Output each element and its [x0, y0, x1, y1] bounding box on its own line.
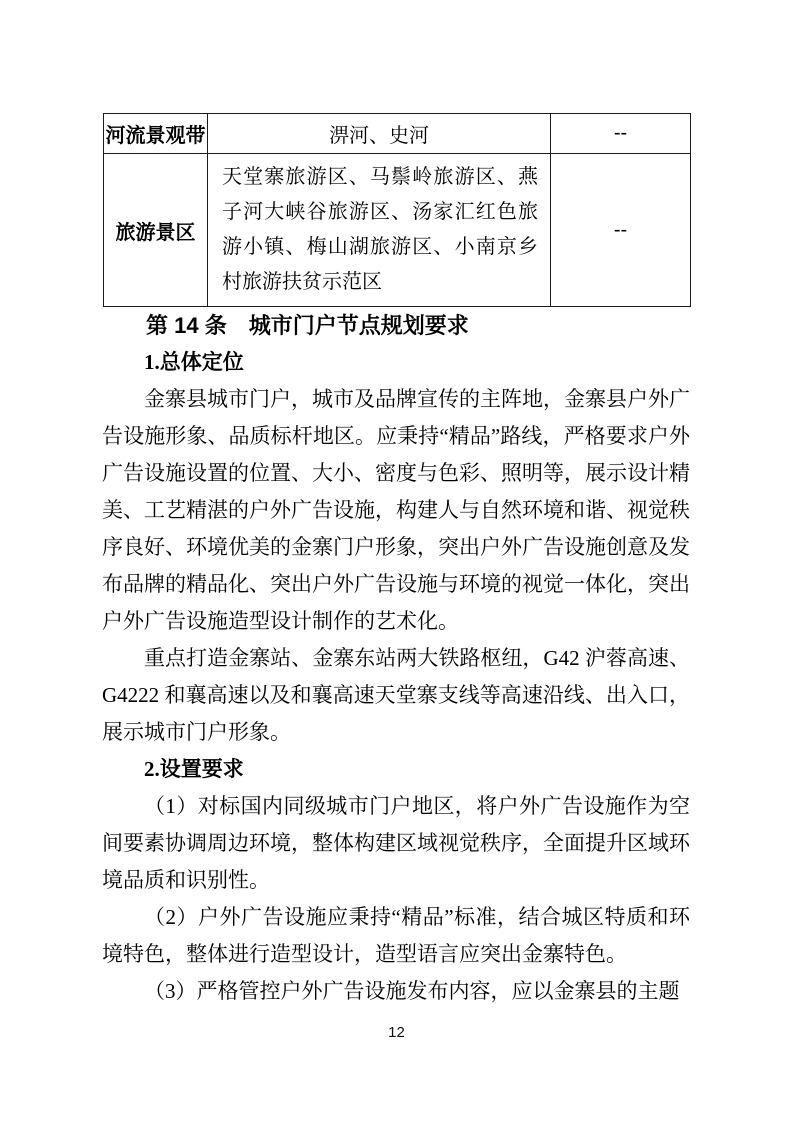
cell-tourist-note: --: [551, 154, 691, 307]
cell-river-note: --: [551, 114, 691, 154]
paragraph-requirement-2: （2）户外广告设施应秉持“精品”标准，结合城区特质和环境特色，整体进行造型设计，…: [102, 899, 690, 973]
article-heading: 第 14 条 城市门户节点规划要求: [102, 307, 690, 344]
paragraph-overall-positioning: 金寨县城市门户，城市及品牌宣传的主阵地，金寨县户外广告设施形象、品质标杆地区。应…: [102, 381, 690, 640]
paragraph-requirement-3: （3）严格管控户外广告设施发布内容，应以金寨县的主题: [102, 973, 690, 1010]
paragraph-key-gateways: 重点打造金寨站、金寨东站两大铁路枢纽，G42 沪蓉高速、G4222 和襄高速以及…: [102, 640, 690, 751]
cell-tourist-area-list: 天堂寨旅游区、马鬃岭旅游区、燕子河大峡谷旅游区、汤家汇红色旅游小镇、梅山湖旅游区…: [208, 154, 551, 307]
row-header-tourist-areas: 旅游景区: [104, 154, 208, 307]
subheading-overall-positioning: 1.总体定位: [102, 344, 690, 381]
table-row-tourist-areas: 旅游景区 天堂寨旅游区、马鬃岭旅游区、燕子河大峡谷旅游区、汤家汇红色旅游小镇、梅…: [104, 154, 691, 307]
table-row-river-landscape: 河流景观带 淠河、史河 --: [104, 114, 691, 154]
scenic-areas-table: 河流景观带 淠河、史河 -- 旅游景区 天堂寨旅游区、马鬃岭旅游区、燕子河大峡谷…: [103, 113, 691, 307]
page-number: 12: [0, 1024, 793, 1041]
cell-river-list: 淠河、史河: [208, 114, 551, 154]
subheading-setup-requirements: 2.设置要求: [102, 751, 690, 788]
document-page: 河流景观带 淠河、史河 -- 旅游景区 天堂寨旅游区、马鬃岭旅游区、燕子河大峡谷…: [0, 0, 793, 1122]
paragraph-requirement-1: （1）对标国内同级城市门户地区，将户外广告设施作为空间要素协调周边环境，整体构建…: [102, 788, 690, 899]
row-header-river-landscape: 河流景观带: [104, 114, 208, 154]
article-body: 第 14 条 城市门户节点规划要求 1.总体定位 金寨县城市门户，城市及品牌宣传…: [102, 307, 690, 1010]
